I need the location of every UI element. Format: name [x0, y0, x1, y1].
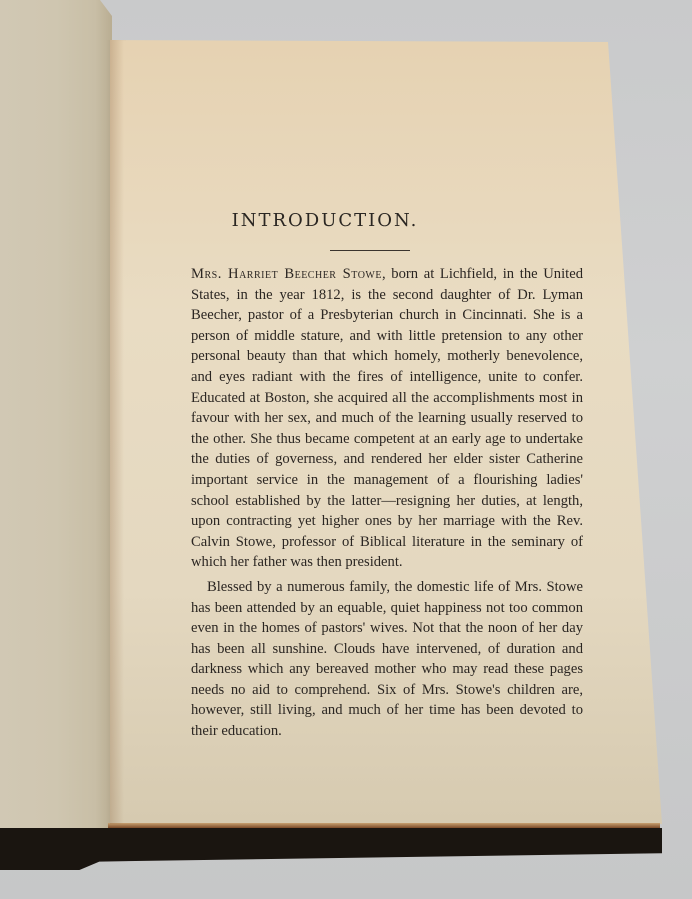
left-page — [0, 0, 112, 830]
heading-rule — [330, 250, 410, 251]
book-shadow — [0, 828, 662, 870]
book-photo: INTRODUCTION. Mrs. Harriet Beecher Stowe… — [0, 0, 692, 899]
paragraph-1: Mrs. Harriet Beecher Stowe, born at Lich… — [191, 264, 583, 573]
page-edge — [108, 823, 660, 828]
paragraph-2: Blessed by a numerous family, the domest… — [191, 577, 583, 742]
body-text: Mrs. Harriet Beecher Stowe, born at Lich… — [191, 264, 583, 742]
chapter-heading: INTRODUCTION. — [185, 210, 465, 231]
author-name: Mrs. Harriet Beecher Stowe — [191, 266, 382, 282]
paragraph-1-text: , born at Lichfield, in the United State… — [191, 266, 583, 570]
page-gutter — [110, 40, 124, 824]
